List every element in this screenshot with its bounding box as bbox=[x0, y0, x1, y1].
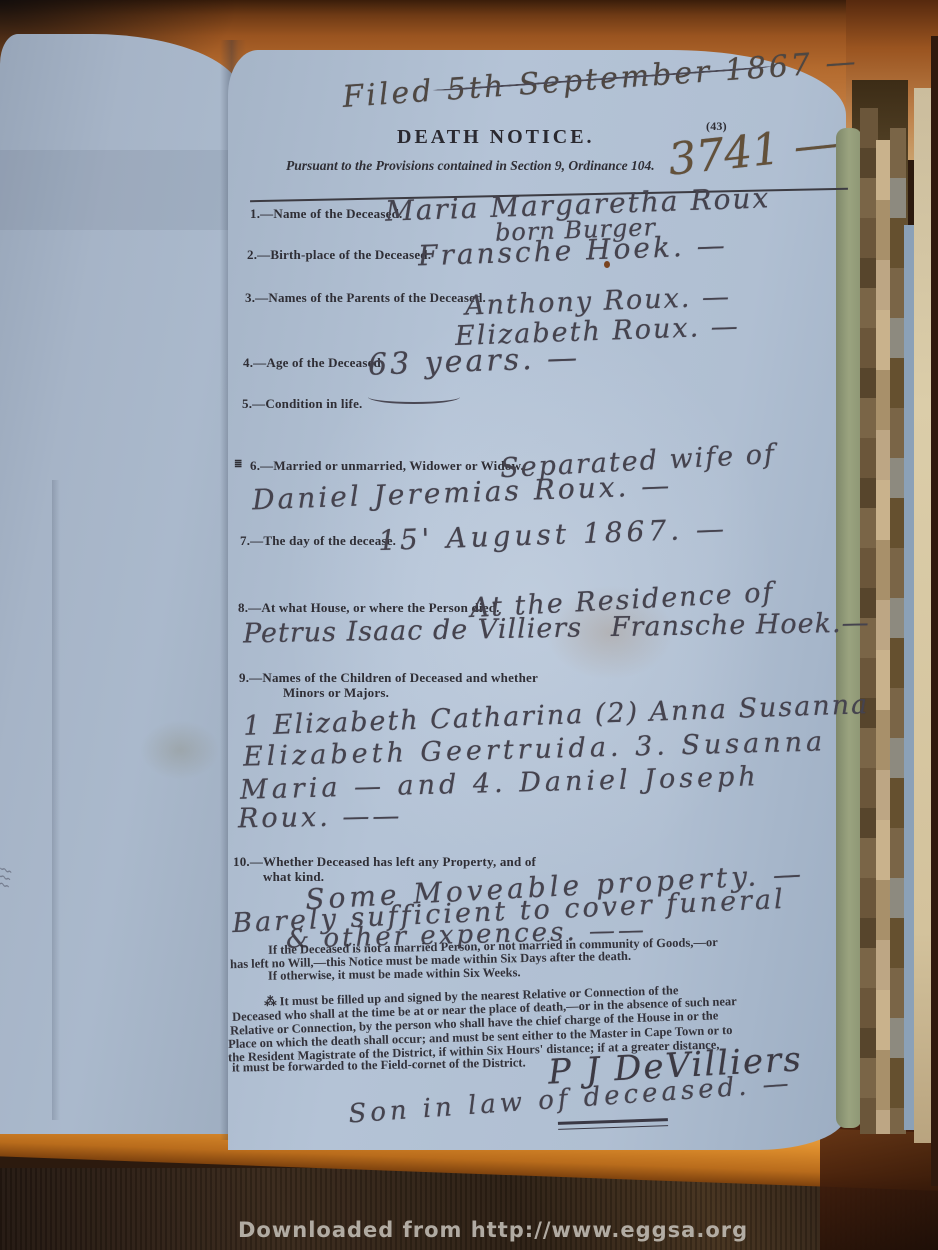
field-9-label-2: Minors or Majors. bbox=[283, 685, 389, 701]
photographed-death-notice-page: ⌇⌇⌇ Filed 5th September 1867 — DEATH NOT… bbox=[0, 0, 938, 1250]
left-page-crease bbox=[52, 480, 60, 1120]
document-title: DEATH NOTICE. bbox=[397, 126, 595, 149]
left-page-stain bbox=[140, 720, 220, 780]
field-5-dash bbox=[368, 390, 460, 404]
field-7-label: 7.—The day of the decease. bbox=[240, 533, 396, 549]
left-page-shading bbox=[0, 150, 242, 230]
field-4-label: 4.—Age of the Deceased. bbox=[243, 355, 384, 371]
watermark-text: Downloaded from http://www.eggsa.org bbox=[238, 1218, 748, 1242]
field-10-label: 10.—Whether Deceased has left any Proper… bbox=[233, 854, 536, 870]
field-5-label: 5.—Condition in life. bbox=[242, 396, 363, 412]
field-9-value-4: Roux. —— bbox=[238, 801, 403, 835]
field-9-label: 9.—Names of the Children of Deceased and… bbox=[239, 670, 538, 686]
field-1-label: 1.—Name of the Deceased. bbox=[250, 206, 402, 222]
book-cover-edge bbox=[931, 36, 938, 1186]
field-3-label: 3.—Names of the Parents of the Deceased. bbox=[245, 290, 486, 306]
field-4-value: 63 years. — bbox=[367, 340, 580, 382]
field-8-label: 8.—At what House, or where the Person di… bbox=[238, 600, 500, 616]
ordinance-subtitle: Pursuant to the Provisions contained in … bbox=[286, 158, 655, 174]
field-2-label: 2.—Birth-place of the Deceased. bbox=[247, 247, 431, 263]
field-6-label: 6.—Married or unmarried, Widower or Wido… bbox=[250, 458, 524, 474]
margin-mark: ≣ bbox=[234, 459, 243, 470]
